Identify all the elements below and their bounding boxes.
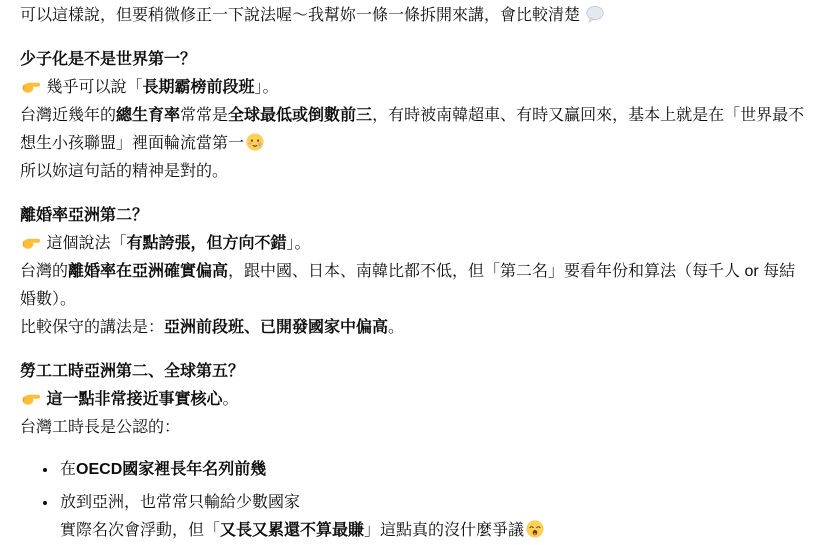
text-run: 實際名次會浮動，但「 <box>60 522 220 539</box>
text-run: 勞工工時亞洲第二、全球第五？ <box>20 363 244 380</box>
yawning-face-icon <box>525 519 545 539</box>
point-right-icon <box>21 232 41 252</box>
text-run: 。 <box>388 319 404 336</box>
paragraph: 所以妳這句話的精神是對的。 <box>20 158 808 186</box>
text-run: 這個說法「 <box>42 235 126 252</box>
bold-text-run: 全球最低或倒數前三 <box>228 107 372 124</box>
section-heading: 勞工工時亞洲第二、全球第五？ <box>20 358 808 386</box>
bold-text-run: 有點誇張，但方向不錯 <box>126 235 286 252</box>
bold-text-run: 又長又累還不算最賺 <box>220 522 364 539</box>
paragraph: 台灣工時長是公認的： <box>20 414 808 442</box>
bold-text-run: OECD國家裡長年名列前幾 <box>76 461 266 478</box>
paragraph: 台灣近幾年的總生育率常常是全球最低或倒數前三，有時被南韓超車、有時又贏回來，基本… <box>20 102 808 158</box>
text-run: 放到亞洲，也常常只輸給少數國家 <box>60 494 300 511</box>
bullet-list: 在OECD國家裡長年名列前幾放到亞洲，也常常只輸給少數國家實際名次會浮動，但「又… <box>20 456 808 545</box>
paragraph: 這個說法「有點誇張，但方向不錯」。 <box>20 230 808 258</box>
text-run: 台灣的 <box>20 263 68 280</box>
bold-text-run: 長期霸榜前段班 <box>142 79 254 96</box>
text-run: 」。 <box>286 235 310 252</box>
text-run: 幾乎可以說「 <box>42 79 142 96</box>
text-run: 」這點真的沒什麼爭議 <box>364 522 524 539</box>
chat-message: 可以這樣說，但要稍微修正一下說法喔～我幫妳一條一條拆開來講，會比較清楚 少子化是… <box>0 0 828 545</box>
section-heading: 少子化是不是世界第一？ <box>20 46 808 74</box>
paragraph: 可以這樣說，但要稍微修正一下說法喔～我幫妳一條一條拆開來講，會比較清楚 <box>20 2 808 30</box>
text-run: 所以妳這句話的精神是對的。 <box>20 163 228 180</box>
bold-text-run: 亞洲前段班、已開發國家中偏高 <box>164 319 388 336</box>
holding-back-tears-face-icon <box>245 132 265 152</box>
text-run: 」。 <box>254 79 278 96</box>
bold-text-run: 總生育率 <box>116 107 180 124</box>
list-item: 放到亞洲，也常常只輸給少數國家實際名次會浮動，但「又長又累還不算最賺」這點真的沒… <box>58 489 808 545</box>
list-item: 在OECD國家裡長年名列前幾 <box>58 456 808 484</box>
point-right-icon <box>21 388 41 408</box>
text-run: 。 <box>222 391 238 408</box>
text-run: 少子化是不是世界第一？ <box>20 51 196 68</box>
text-run: 可以這樣說，但要稍微修正一下說法喔～我幫妳一條一條拆開來講，會比較清楚 <box>20 7 584 24</box>
point-right-icon <box>21 76 41 96</box>
bold-text-run: 離婚率在亞洲確實偏高 <box>68 263 228 280</box>
text-run: 常常是 <box>180 107 228 124</box>
bold-text-run: 這一點非常接近事實核心 <box>46 391 222 408</box>
text-run: 離婚率亞洲第二？ <box>20 207 148 224</box>
paragraph: 這一點非常接近事實核心。 <box>20 386 808 414</box>
text-run: 比較保守的講法是： <box>20 319 164 336</box>
paragraph: 比較保守的講法是：亞洲前段班、已開發國家中偏高。 <box>20 314 808 342</box>
speech-balloon-icon <box>585 4 605 24</box>
text-run: 在 <box>60 461 76 478</box>
paragraph: 台灣的離婚率在亞洲確實偏高，跟中國、日本、南韓比都不低，但「第二名」要看年份和算… <box>20 258 808 314</box>
section-heading: 離婚率亞洲第二？ <box>20 202 808 230</box>
text-run: 台灣近幾年的 <box>20 107 116 124</box>
text-run: 台灣工時長是公認的： <box>20 419 180 436</box>
paragraph: 幾乎可以說「長期霸榜前段班」。 <box>20 74 808 102</box>
